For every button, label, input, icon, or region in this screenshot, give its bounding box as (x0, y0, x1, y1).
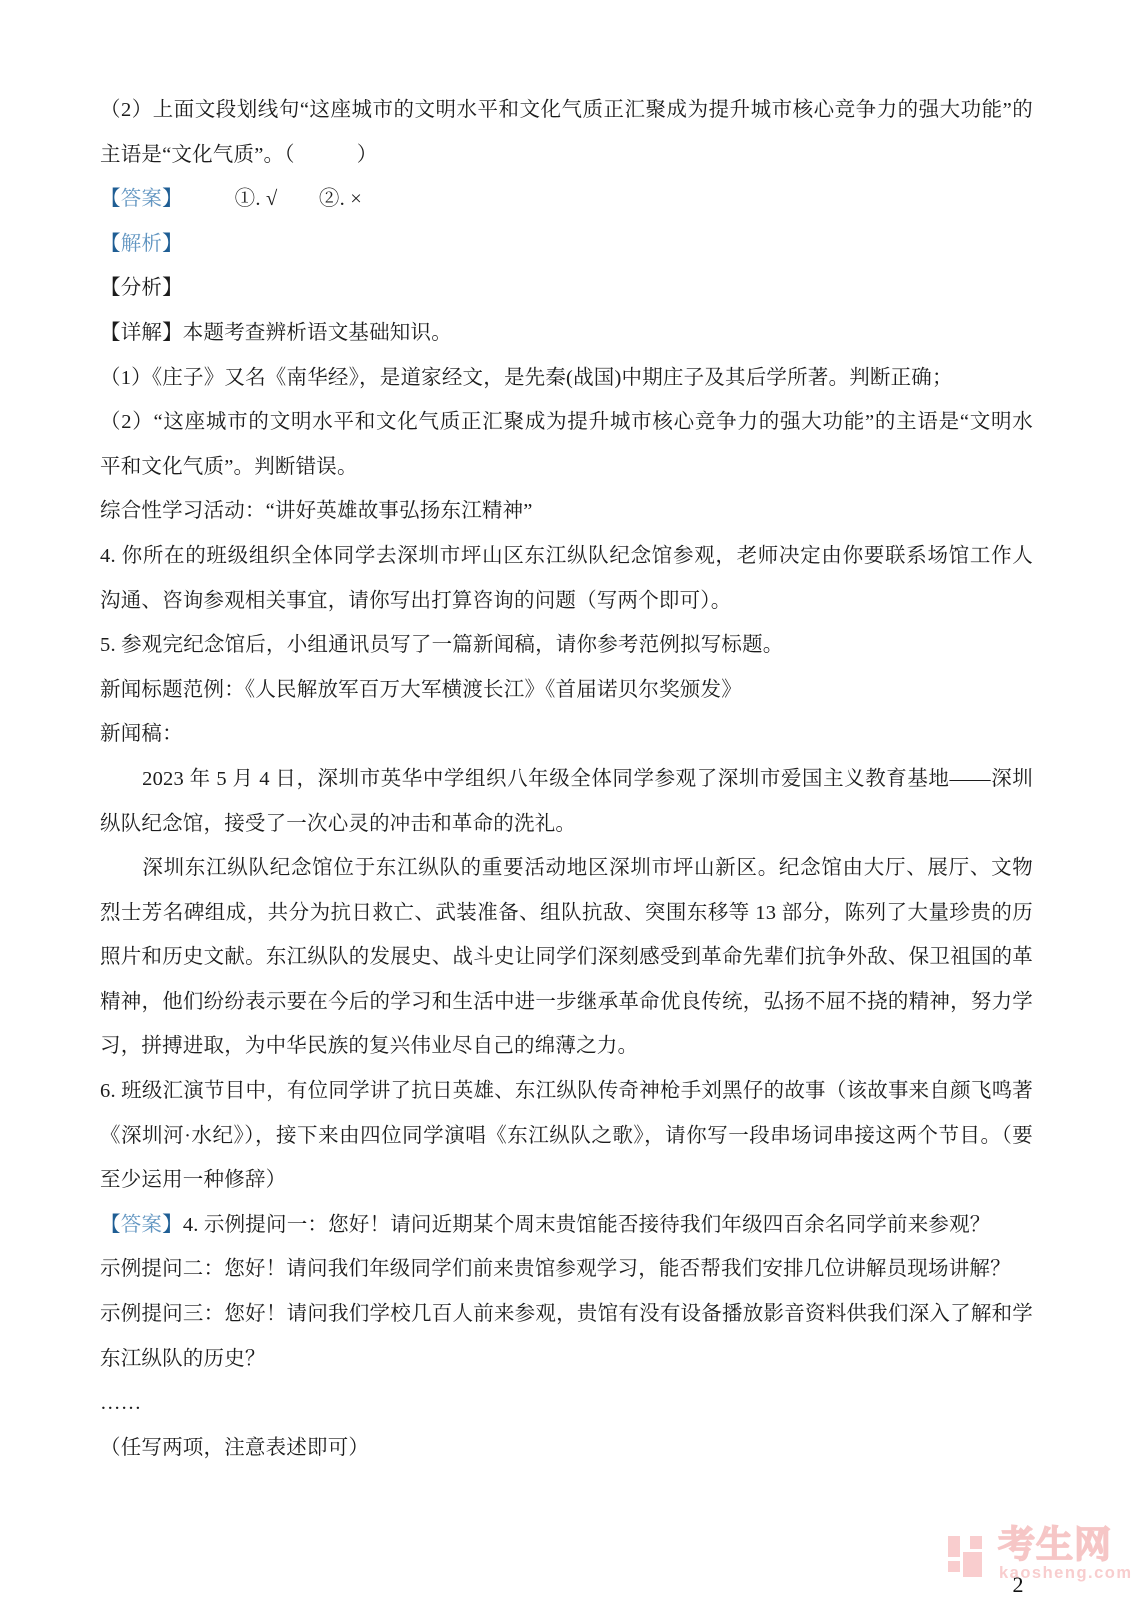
text-line: 新闻稿： (100, 712, 1033, 757)
kaosheng-watermark: 考生网 kaosheng.com (946, 1528, 1126, 1588)
answer-label-bracket: 【 (100, 188, 121, 210)
answer-label-bracket: 】 (162, 1214, 183, 1236)
text-line: 精神，他们纷纷表示要在今后的学习和生活中进一步继承革命优良传统，弘扬不屈不挠的精… (100, 980, 1033, 1025)
text-line: 烈士芳名碑组成，共分为抗日救亡、武装准备、组队抗敌、突围东移等 13 部分，陈列… (100, 891, 1033, 936)
text-line: 《深圳河·水纪》），接下来由四位同学演唱《东江纵队之歌》，请你写一段串场词串接这… (100, 1114, 1033, 1159)
document-content: （2）上面文段划线句“这座城市的文明水平和文化气质正汇聚成为提升城市核心竞争力的… (100, 88, 1033, 1470)
text-line: 平和文化气质”。判断错误。 (100, 445, 1033, 490)
text-line: 习，拼搏进取，为中华民族的复兴伟业尽自己的绵薄之力。 (100, 1024, 1033, 1069)
text-line: 【详解】本题考查辨析语文基础知识。 (100, 311, 1033, 356)
jiexi-label: 解析 (121, 233, 162, 255)
jiexi-label-bracket: 【 (100, 233, 121, 255)
text-line: 4. 你所在的班级组织全体同学去深圳市坪山区东江纵队纪念馆参观，老师决定由你要联… (100, 534, 1033, 579)
text-line: 示例提问二：您好！请问我们年级同学们前来贵馆参观学习，能否帮我们安排几位讲解员现… (100, 1247, 1033, 1292)
text-line: 综合性学习活动：“讲好英雄故事弘扬东江精神” (100, 489, 1033, 534)
text-line: 【分析】 (100, 266, 1033, 311)
answer-value: ①. √ ②. × (173, 188, 362, 210)
text-line: 新闻标题范例：《人民解放军百万大军横渡长江》《首届诺贝尔奖颁发》 (100, 668, 1033, 713)
watermark-brand-text: 考生网 (998, 1524, 1112, 1566)
text-line: 照片和历史文献。东江纵队的发展史、战斗史让同学们深刻感受到革命先辈们抗争外敌、保… (100, 935, 1033, 980)
jiexi-label-bracket: 】 (162, 233, 183, 255)
answer-label-bracket: 【 (100, 1214, 121, 1236)
answer-label: 答案 (121, 188, 162, 210)
text-line: 东江纵队的历史？ (100, 1337, 1033, 1382)
text-line: （2）“这座城市的文明水平和文化气质正汇聚成为提升城市核心竞争力的强大功能”的主… (100, 400, 1033, 445)
text-line: 沟通、咨询参观相关事宜，请你写出打算咨询的问题（写两个即可）。 (100, 579, 1033, 624)
page-number: 2 (1001, 1570, 1035, 1600)
text-line: 5. 参观完纪念馆后，小组通讯员写了一篇新闻稿，请你参考范例拟写标题。 (100, 623, 1033, 668)
kaosheng-logo-icon (946, 1532, 986, 1582)
text-line: （2）上面文段划线句“这座城市的文明水平和文化气质正汇聚成为提升城市核心竞争力的… (100, 88, 1033, 133)
text-line: 6. 班级汇演节目中，有位同学讲了抗日英雄、东江纵队传奇神枪手刘黑仔的故事（该故… (100, 1069, 1033, 1114)
text-line: 2023 年 5 月 4 日，深圳市英华中学组织八年级全体同学参观了深圳市爱国主… (100, 757, 1033, 802)
text-line: 纵队纪念馆，接受了一次心灵的冲击和革命的洗礼。 (100, 802, 1033, 847)
answer-label: 答案 (121, 1214, 162, 1236)
document-page: （2）上面文段划线句“这座城市的文明水平和文化气质正汇聚成为提升城市核心竞争力的… (0, 0, 1131, 1600)
text-line: 示例提问三：您好！请问我们学校几百人前来参观，贵馆有没有设备播放影音资料供我们深… (100, 1292, 1033, 1337)
answer-label-line: 【答案】 ①. √ ②. × (100, 177, 1033, 222)
answer-label-bracket: 】 (162, 188, 172, 210)
text-line: …… (100, 1381, 1033, 1426)
text-line: 至少运用一种修辞） (100, 1158, 1033, 1203)
answer-value: 4. 示例提问一：您好！请问近期某个周末贵馆能否接待我们年级四百余名同学前来参观… (183, 1214, 991, 1236)
text-line: （1）《庄子》又名《南华经》，是道家经文，是先秦(战国)中期庄子及其后学所著。判… (100, 356, 1033, 401)
answer-label-line: 【答案】4. 示例提问一：您好！请问近期某个周末贵馆能否接待我们年级四百余名同学… (100, 1203, 1033, 1248)
text-line: 深圳东江纵队纪念馆位于东江纵队的重要活动地区深圳市坪山新区。纪念馆由大厅、展厅、… (100, 846, 1033, 891)
text-line: 主语是“文化气质”。（ ） (100, 133, 1033, 178)
jiexi-label-line: 【解析】 (100, 222, 1033, 267)
text-line: （任写两项，注意表述即可） (100, 1426, 1033, 1471)
